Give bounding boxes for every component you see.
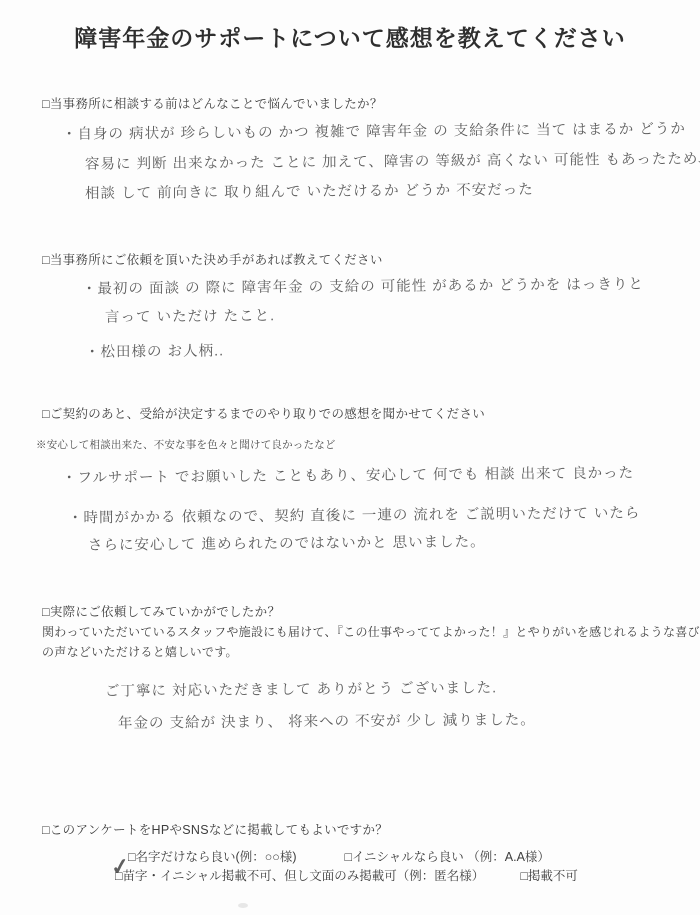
question-worries-before-consult: □当事務所に相談する前はどんなことで悩んでいましたか？	[42, 94, 383, 112]
consent-options-row-2: ✓□苗字・イニシャル掲載不可、但し文面のみ掲載可（例：匿名様） □掲載不可	[115, 866, 578, 884]
handwritten-answer-line: ・自身の 病状が 珍らしいもの かつ 複雑で 障害年金 の 支給条件に 当て は…	[62, 117, 686, 143]
question-overall-impression: □実際にご依頼してみていかがでしたか？	[42, 602, 700, 622]
question-deciding-factor: □当事務所にご依頼を頂いた決め手があれば教えてください	[42, 250, 383, 268]
checkbox-option-anonymous-text-only[interactable]: ✓□苗字・イニシャル掲載不可、但し文面のみ掲載可（例：匿名様）	[115, 866, 484, 884]
handwritten-answer-line: ・松田様の お人柄..	[85, 339, 224, 361]
handwritten-answer-line: 年金の 支給が 決まり、 将来への 不安が 少し 減りました。	[118, 708, 536, 733]
handwritten-answer-line: 言って いただけ たこと.	[105, 304, 275, 326]
handwritten-answer-line: ・時間がかかる 依頼なので、契約 直後に 一連の 流れを ご説明いただけて いた…	[68, 502, 641, 528]
checkbox-option-initials-ok[interactable]: □イニシャルなら良い （例：A.A様）	[344, 847, 549, 865]
question-hint-note: ※安心して相談出来た、不安な事を色々と聞けて良かったなど	[36, 437, 336, 452]
handwritten-checkmark: ✓	[109, 853, 131, 881]
question-publish-consent: □このアンケートをHPやSNSなどに掲載してもよいですか？	[42, 820, 388, 838]
handwritten-answer-line: さらに安心して 進められたのではないかと 思いました。	[88, 530, 486, 554]
handwritten-answer-line: 容易に 判断 出来なかった ことに 加えて、障害の 等級が 高くない 可能性 も…	[85, 147, 700, 173]
question-impression-until-decision: □ご契約のあと、受給が決定するまでのやり取りでの感想を聞かせてください	[42, 404, 485, 422]
question-description-line: 関わっていただいているスタッフや施設にも届けて、『この仕事やっててよかった！』と…	[42, 622, 700, 642]
question-block-overall-impression: □実際にご依頼してみていかがでしたか？ 関わっていただいているスタッフや施設にも…	[42, 602, 700, 662]
scan-smudge	[238, 903, 248, 908]
page-title: 障害年金のサポートについて感想を教えてください	[0, 20, 700, 53]
checkbox-option-no-publish[interactable]: □掲載不可	[520, 866, 578, 884]
checkbox-option-lastname-ok[interactable]: □名字だけなら良い(例：○○様)	[128, 847, 296, 865]
question-description-line: の声などいただけると嬉しいです。	[42, 642, 700, 662]
handwritten-answer-line: ・フルサポート でお願いした こともあり、安心して 何でも 相談 出来て 良かっ…	[62, 462, 634, 488]
consent-options-row-1: □名字だけなら良い(例：○○様) □イニシャルなら良い （例：A.A様）	[128, 847, 550, 865]
handwritten-answer-line: ご丁寧に 対応いただきまして ありがとう ございました.	[105, 676, 497, 700]
handwritten-answer-line: 相談 して 前向きに 取り組んで いただけるか どうか 不安だった	[85, 178, 534, 203]
handwritten-answer-line: ・最初の 面談 の 際に 障害年金 の 支給の 可能性 があるか どうかを はっ…	[82, 273, 644, 299]
checkbox-option-label: □苗字・イニシャル掲載不可、但し文面のみ掲載可（例：匿名様）	[115, 869, 484, 883]
scanned-survey-page: 障害年金のサポートについて感想を教えてください □当事務所に相談する前はどんなこ…	[0, 0, 700, 915]
